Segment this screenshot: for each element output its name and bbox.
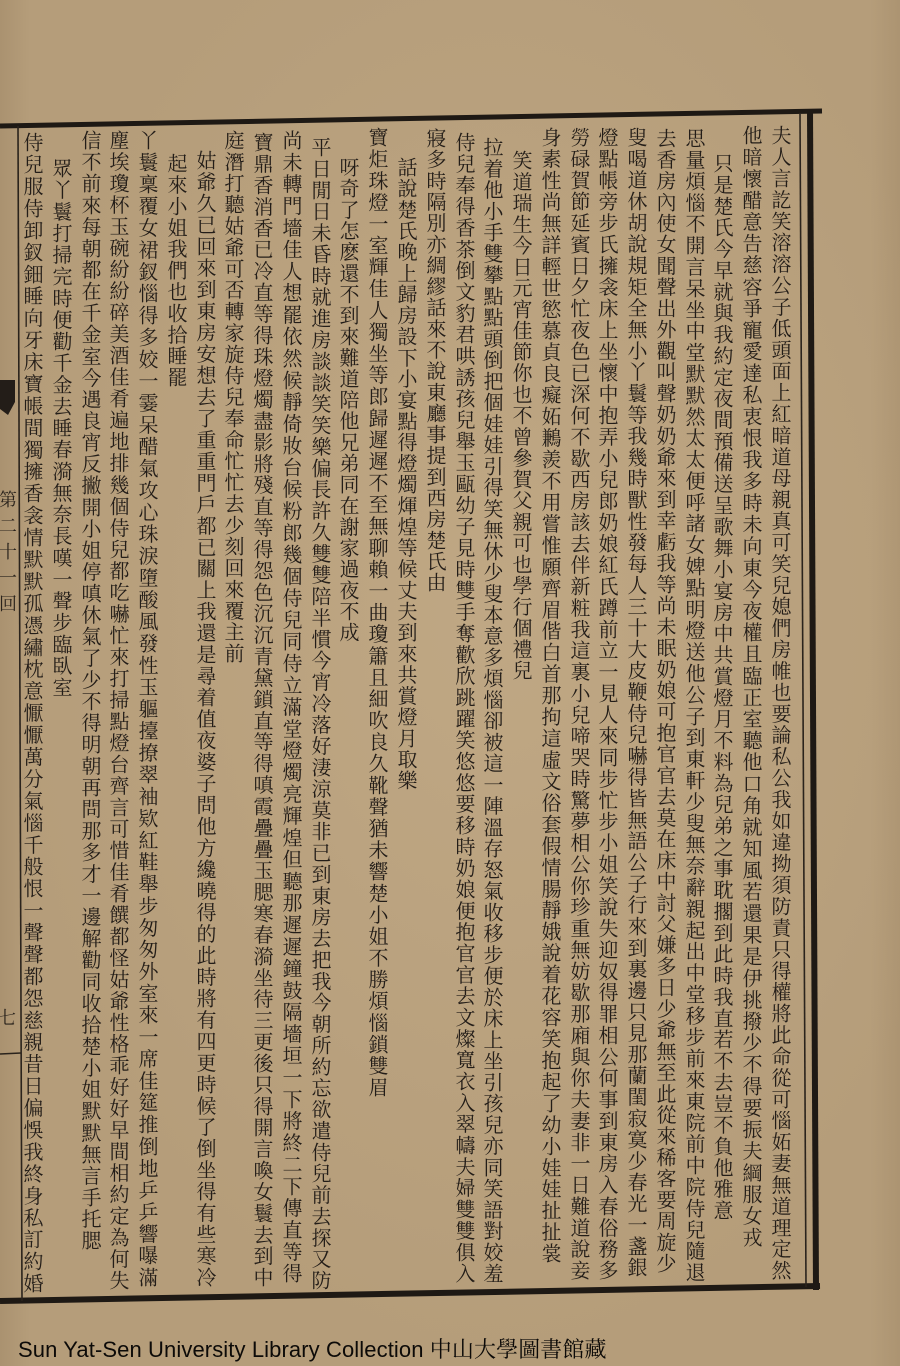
text-column: 寢多時隔別亦綢繆話來不說東廳事提到西房楚氏由 (424, 128, 446, 592)
margin-rule (0, 1053, 21, 1054)
text-column: 身素性尚無詳輕世慾慕貞良癡妬鶼羨不用嘗惟願齊眉偕白首那拘這虛文俗套假情腸靜娥說着… (539, 127, 561, 1263)
text-column: 眾丫鬟打掃完時便勸千金去睡春漪無奈長嘆一聲步臨臥室 (50, 158, 72, 697)
text-column: 拉着他小手雙攀點點頭倒把個娃娃引得笑無休少叟本意多煩惱卻被這一陣溫存怒氣收移步便… (481, 137, 503, 1283)
text-column: 寶炬珠燈一室輝佳人獨坐等郎歸遲遲不至無聊賴一曲瓊簫且細吹良久靴聲猶未響楚小姐不勝… (366, 127, 388, 1097)
text-column: 起來小姐我們也收拾睡罷 (165, 153, 187, 387)
text-column: 呀奇了怎麽還不到來難道陪他兄弟同在謝家過夜不成 (337, 157, 359, 642)
leaf-number: 七 (0, 1008, 14, 1034)
text-column: 笑道瑞生今日元宵佳節你也不曾參賀父親可也學行個禮兒 (510, 150, 532, 680)
chapter-label: 第二十一回 (0, 490, 15, 620)
scanned-book-page: 第二十一回 七 夫人言訖笑溶溶公子低頭面上紅暗道母親真可笑兒媳們房帷也要論私公我… (0, 0, 900, 1366)
text-column: 只是楚氏今早就與我約定夜間預備送呈歌舞小宴房中共賞燈月不料為兒弟之事耽擱到此時我… (711, 153, 733, 1220)
text-column: 侍兒奉得香茶倒文豹君哄誘孩兒舉玉甌幼子見時雙手奪歡欣跳躍笑悠悠要移時奶娘便抱官官… (453, 132, 475, 1283)
frame-right-outer-border (810, 110, 816, 1290)
fishtail-mark (0, 380, 15, 415)
text-column: 姑爺久已回來到東房安想去了重重門戶都已關上我還是尋着值夜婆子問他方纔曉得的此時將… (194, 150, 216, 1287)
text-column: 侍兒服侍卸釵鈿睡向牙床寶帳間獨擁香衾情默默孤憑繡枕意懨懨萬分氣惱千般恨一聲聲都怨… (21, 132, 43, 1293)
text-column: 他暗懷醋意告慈容爭寵愛達私衷恨我多時未向東今夜權且臨正室聽他口角就知風若還果是伊… (740, 125, 762, 1247)
text-column: 思量煩惱不開言呆坐中堂默默然太太便呼諸女婢點明燈送他公子到東軒少叟無奈辭親起出中… (683, 128, 705, 1282)
library-collection-caption: Sun Yat-Sen University Library Collectio… (18, 1333, 607, 1364)
frame-right-inner-border (800, 114, 806, 1287)
text-column: 話說楚氏晚上歸房設下小宴點得燈燭煇煌等候丈夫到來共賞燈月取樂 (395, 157, 417, 790)
text-column: 庭潛打聽姑爺可否轉家旋侍兒奉命忙忙去少刻回來覆主前 (222, 130, 244, 663)
text-column: 燈點帳旁步氏擁衾床上坐懷中抱弄小兒郎奶娘紅氏蹲前立一見人來同步忙步小姐笑說失迎奴… (596, 127, 618, 1280)
text-column: 丫鬟稟覆女裙釵惱得多姣一霎呆醋氣攻心珠淚墮酸風發性玉軀擡撩翠袖欵紅鞋舉步匆匆外室… (136, 130, 158, 1287)
text-column: 平日閒日未昏時就進房談談笑笑樂偏長許久雙雙陪半慣今宵冷落好淒涼莫非已到東房去把我… (309, 137, 331, 1290)
text-column: 叟喝道休胡說規矩全無小丫鬟等我幾時獸性發每人三十大皮鞭侍兒嚇得皆無語公子行來到裏… (625, 127, 647, 1277)
text-column: 寶鼎香消香已冷直等得珠燈燭盡影將殘直等得怨色沉沉青黛鎖直等得嗔霞疊疊玉腮寒春漪坐… (251, 132, 273, 1287)
text-column: 塵埃瓊杯玉碗紛紛碎美酒佳肴遍地排幾個侍兒都吃嚇忙來打掃點燈台齊言可惜佳肴饌都怪姑… (107, 130, 129, 1290)
text-column: 信不前來每朝都在千金室今遇良宵反撇開小姐停嗔休氣了少不得明朝再問那多才一邊解勸同… (79, 130, 101, 1250)
text-column: 夫人言訖笑溶溶公子低頭面上紅暗道母親真可笑兒媳們房帷也要論私公我如違拗須防責只得… (769, 125, 791, 1280)
text-column: 去香房內使女聞聲出外觀叫聲奶奶爺來到幸虧我等尚未眠奶娘可抱官官去莫在床中討父嫌多… (654, 128, 676, 1273)
frame-top-border (0, 111, 822, 126)
text-column: 尚未轉門墻佳人想罷依然候靜倚妝台候粉郎幾個侍兒同侍立滿堂燈燭亮輝煌但聽那遲遲鐘鼓… (280, 130, 302, 1283)
text-column: 勞碌賀節延賓日夕忙夜色已深何不歇西房該去伴新粧我這裏小兒啼哭時驚夢相公你珍重無妨… (568, 127, 590, 1280)
